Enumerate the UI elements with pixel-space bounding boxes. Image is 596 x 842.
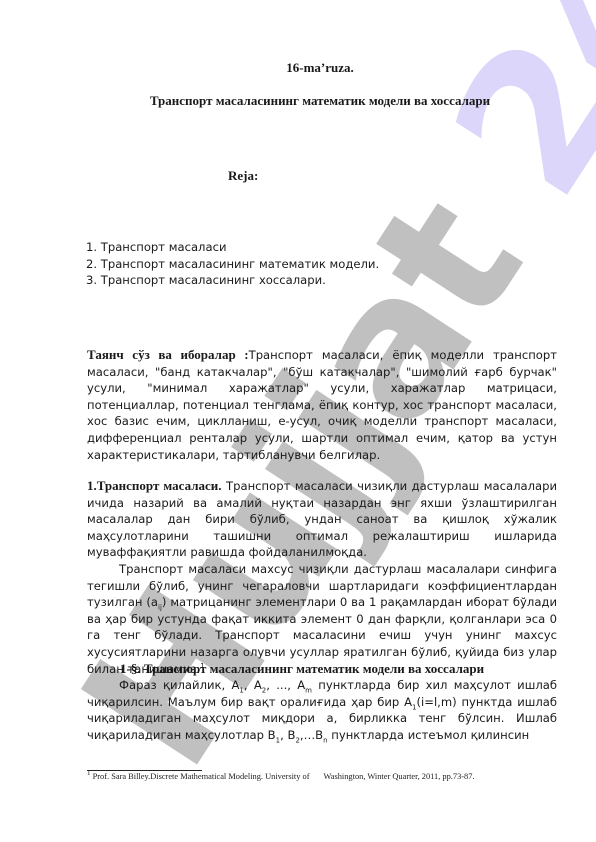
section-1-heading: 1.Транспорт масаласи. bbox=[87, 478, 222, 493]
text: Фараз қилайлик, A bbox=[119, 678, 239, 692]
keywords-text: Транспорт масаласи, ёпиқ моделли транспо… bbox=[87, 348, 557, 462]
footnote-separator bbox=[87, 770, 202, 771]
footnote: 1 Prof. Sara Billey.Discrete Mathematica… bbox=[87, 772, 475, 781]
paragraph-2: Транспорт масаласи махсус чизиқли дастур… bbox=[87, 561, 557, 677]
plan-item: 3. Транспорт масаласининг хоссалари. bbox=[86, 272, 379, 289]
plan-list: 1. Транспорт масаласи 2. Транспорт масал… bbox=[86, 239, 379, 289]
section-1-paragraph: 1.Транспорт масаласи. Транспорт масаласи… bbox=[87, 478, 557, 561]
footnote-text-a: Prof. Sara Billey.Discrete Mathematical … bbox=[91, 772, 310, 781]
footnote-text-b: Washington, Winter Quarter, 2011, pp.73-… bbox=[324, 772, 475, 781]
plan-heading: Reja: bbox=[228, 168, 258, 184]
text: , B bbox=[280, 728, 295, 742]
document-page: Hujjat 24 16-ma’ruza. Транспорт масаласи… bbox=[0, 0, 596, 842]
plan-item: 2. Транспорт масаласининг математик моде… bbox=[86, 256, 379, 273]
subscript: m bbox=[305, 686, 312, 694]
text: пунктларда истеъмол қилинсин bbox=[328, 728, 530, 742]
keywords-label: Таянч сўз ва иборалар : bbox=[87, 347, 249, 362]
keywords-paragraph: Таянч сўз ва иборалар :Транспорт масалас… bbox=[87, 347, 557, 463]
paragraph-3: Фараз қилайлик, A1, A2, ..., Am пунктлар… bbox=[87, 677, 557, 743]
lecture-number: 16-ma’ruza. bbox=[0, 60, 596, 76]
text: ,…B bbox=[300, 728, 323, 742]
text: , ..., A bbox=[266, 678, 305, 692]
page-title: Транспорт масаласининг математик модели … bbox=[0, 93, 596, 109]
subsection-heading: 1-§. Транспорт масаласининг математик мо… bbox=[120, 661, 484, 677]
text: , A bbox=[244, 678, 262, 692]
page-content: 16-ma’ruza. Транспорт масаласининг матем… bbox=[0, 0, 596, 842]
plan-item: 1. Транспорт масаласи bbox=[86, 239, 379, 256]
